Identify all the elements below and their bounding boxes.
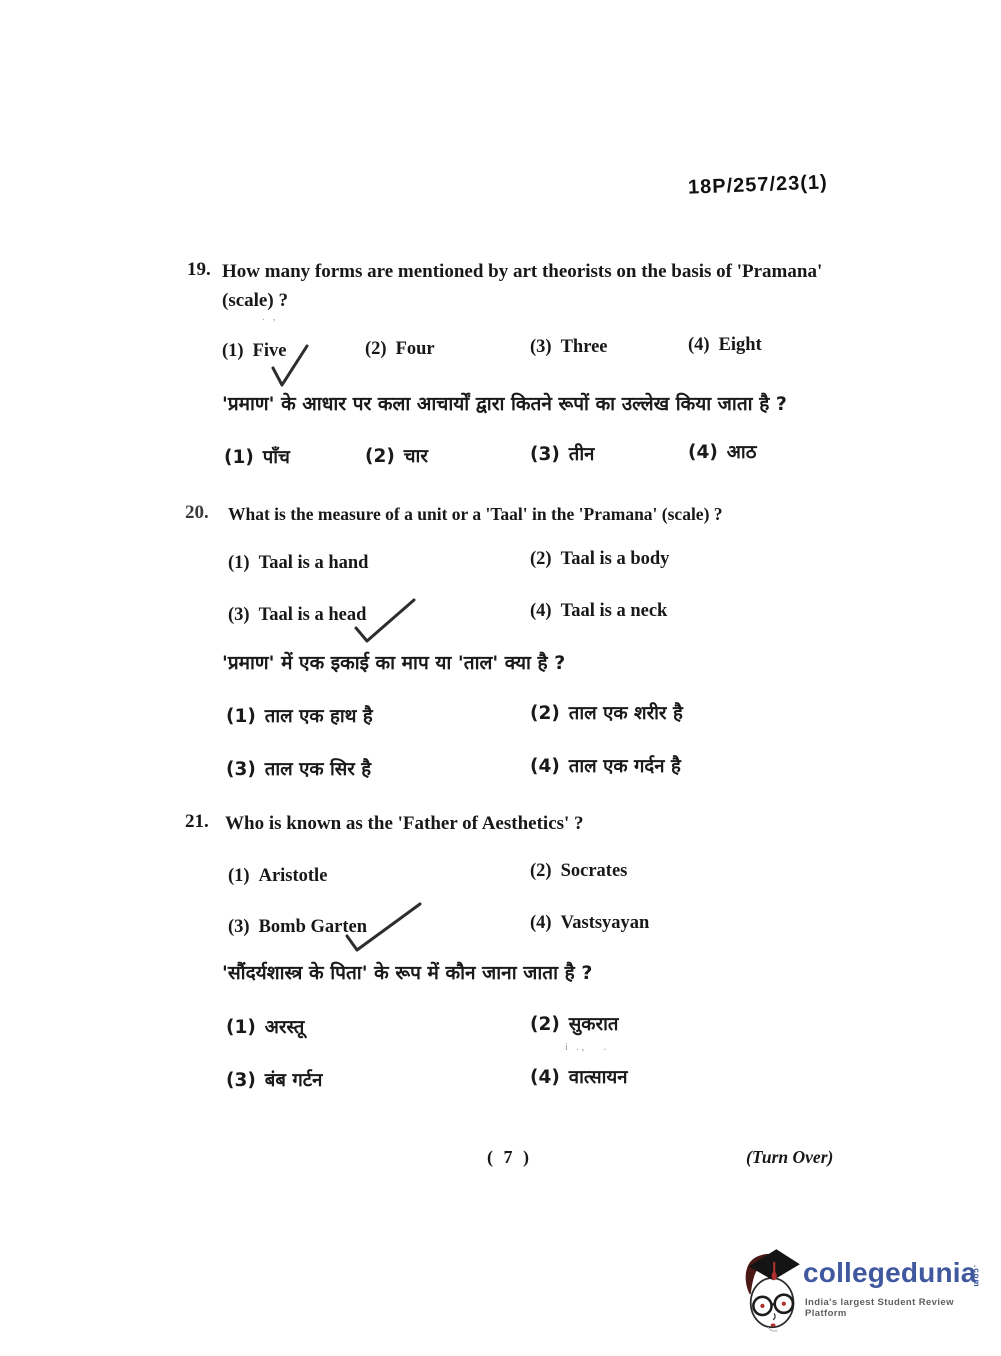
question-20-text: What is the measure of a unit or a 'Taal… (228, 501, 848, 528)
question-21-option-3-hindi: (3)बंब गर्टन (226, 1067, 322, 1092)
exam-paper-page: 18P/257/23(1) 19. How many forms are men… (0, 0, 1001, 1356)
question-19-option-1-hindi: (1)पाँच (224, 444, 290, 469)
question-21-option-4: (4)Vastsyayan (530, 913, 649, 934)
question-20-option-4: (4)Taal is a neck (530, 601, 667, 622)
option-label: (1) (222, 341, 244, 361)
question-21-option-4-hindi: (4)वात्सायन (530, 1064, 627, 1089)
collegedunia-brand-suffix: .com (972, 1265, 981, 1288)
question-19-option-2-hindi: (2)चार (365, 443, 428, 468)
question-21-option-1: (1)Aristotle (228, 866, 327, 887)
question-21-option-2-hindi: (2)सुकरात (530, 1011, 618, 1036)
question-20-option-3: (3)Taal is a head (228, 605, 366, 626)
question-19-option-3-hindi: (3)तीन (530, 441, 594, 466)
scan-smudge: . , (262, 312, 279, 323)
collegedunia-brand-text: collegedunia (803, 1257, 977, 1289)
question-21-option-2: (2)Socrates (530, 861, 627, 882)
question-21-option-1-hindi: (1)अरस्तू (226, 1014, 304, 1039)
question-21-number: 21. (185, 811, 209, 833)
question-19-text: How many forms are mentioned by art theo… (222, 257, 867, 316)
checkmark-icon (350, 595, 418, 645)
question-19-option-4-hindi: (4)आठ (688, 439, 756, 464)
checkmark-icon (267, 341, 311, 389)
doc-code: 18P/257/23(1) (688, 171, 829, 199)
checkmark-icon (340, 898, 425, 954)
question-20-text-hindi: 'प्रमाण' में एक इकाई का माप या 'ताल' क्य… (222, 649, 565, 675)
question-20-option-1: (1)Taal is a hand (228, 553, 368, 574)
question-20-option-2-hindi: (2)ताल एक शरीर है (530, 700, 683, 725)
question-19-option-2: (2)Four (365, 339, 435, 360)
question-20-number: 20. (185, 502, 209, 524)
question-20-option-1-hindi: (1)ताल एक हाथ है (226, 703, 373, 728)
collegedunia-tagline: India's largest Student Review Platform (805, 1297, 996, 1319)
question-20-option-4-hindi: (4)ताल एक गर्दन है (530, 753, 681, 778)
question-19-option-3: (3)Three (530, 337, 608, 358)
turn-over-label: (Turn Over) (746, 1147, 833, 1168)
question-20-option-3-hindi: (3)ताल एक सिर है (226, 756, 371, 781)
question-20-option-2: (2)Taal is a body (530, 549, 669, 570)
scan-smudge: i ., . (565, 1042, 609, 1053)
question-19-number: 19. (187, 259, 211, 281)
question-21-text: Who is known as the 'Father of Aesthetic… (225, 809, 845, 838)
question-19-option-4: (4)Eight (688, 335, 762, 356)
question-19-text-hindi: 'प्रमाण' के आधार पर कला आचार्यों द्वारा … (222, 390, 787, 416)
collegedunia-logo: collegedunia .com India's largest Studen… (736, 1245, 996, 1340)
collegedunia-mascot-icon (740, 1247, 802, 1337)
question-21-text-hindi: 'सौंदर्यशास्त्र के पिता' के रूप में कौन … (222, 959, 592, 985)
page-number: ( 7 ) (487, 1147, 532, 1168)
